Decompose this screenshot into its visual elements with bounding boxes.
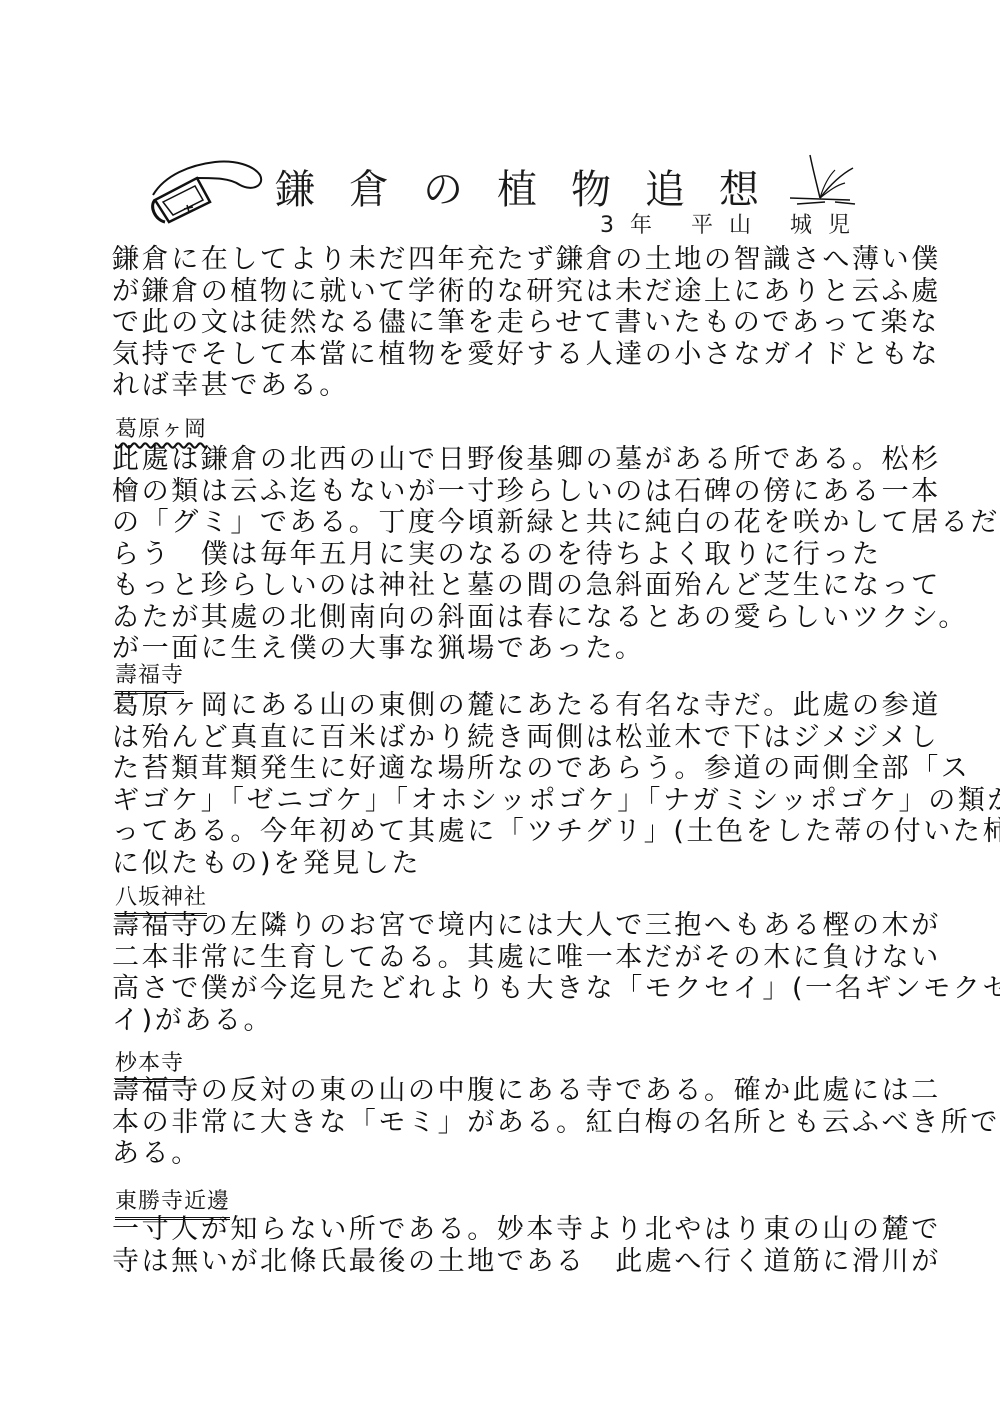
section-paragraph-toshoji: 一寸人が知らない所である。妙本寺より北やはり東の山の麓で 寺は無いが北條氏最後の… xyxy=(112,1214,892,1277)
text-line: に似たもの)を発見した xyxy=(112,848,892,880)
text-line: ってある。今年初めて其處に「ツチグリ」(土色をした蒂の付いた柿 xyxy=(112,816,892,848)
text-line: ある。 xyxy=(112,1138,892,1170)
section-paragraph-myohonji: 壽福寺の反対の東の山の中腹にある寺である。確か此處には二 本の非常に大きな「モミ… xyxy=(112,1075,892,1170)
text-line: 鎌倉に在してより未だ四年充たず鎌倉の土地の智識さへ薄い僕 xyxy=(112,244,892,276)
text-line: ギゴケ」「ゼニゴケ」「オホシッポゴケ」「ナガミシッポゴケ」の類が緑を装 xyxy=(112,785,892,817)
text-line: 二本非常に生育してゐる。其處に唯一本だがその木に負けない xyxy=(112,942,892,974)
text-line: もっと珍らしいのは神社と墓の間の急斜面殆んど芝生になって xyxy=(112,570,892,602)
bag-sketch-icon xyxy=(135,150,270,225)
text-line: れば幸甚である。 xyxy=(112,370,892,402)
text-line: 本の非常に大きな「モミ」がある。紅白梅の名所とも云ふべき所で xyxy=(112,1107,892,1139)
text-line: 壽福寺の左隣りのお宮で境内には大人で三抱へもある樫の木が xyxy=(112,910,892,942)
text-line: は殆んど真直に百米ばかり続き両側は松並木で下はジメジメし xyxy=(112,722,892,754)
text-line: 壽福寺の反対の東の山の中腹にある寺である。確か此處には二 xyxy=(112,1075,892,1107)
text-line: らう 僕は毎年五月に実のなるのを待ちよく取りに行った xyxy=(112,539,892,571)
document-page: 鎌倉の植物追想 3年 平山 城児 鎌倉に在してより未だ四年充たず鎌倉の土地の智識… xyxy=(0,0,1000,1412)
grass-sprout-icon xyxy=(775,150,865,210)
text-line: で此の文は徒然なる儘に筆を走らせて書いたものであって楽な xyxy=(112,307,892,339)
text-line: が鎌倉の植物に就いて学術的な研究は未だ途上にありと云ふ處 xyxy=(112,276,892,308)
section-paragraph-yasaka-jinja: 壽福寺の左隣りのお宮で境内には大人で三抱へもある樫の木が 二本非常に生育してゐる… xyxy=(112,910,892,1036)
section-heading-kuzuharagaoka: 葛原ヶ岡 xyxy=(115,412,207,445)
text-line: イ)がある。 xyxy=(112,1005,892,1037)
text-line: 此處は鎌倉の北西の山で日野俊基卿の墓がある所である。松杉 xyxy=(112,444,892,476)
text-line: 気持でそして本當に植物を愛好する人達の小さなガイドともな xyxy=(112,339,892,371)
text-line: 高さで僕が今迄見たどれよりも大きな「モクセイ」(一名ギンモクセ xyxy=(112,973,892,1005)
section-paragraph-kuzuharagaoka: 此處は鎌倉の北西の山で日野俊基卿の墓がある所である。松杉 檜の類は云ふ迄もないが… xyxy=(112,444,892,665)
author-line: 3年 平山 城児 xyxy=(600,208,866,239)
text-line: が一面に生え僕の大事な猟場であった。 xyxy=(112,633,892,665)
text-line: 葛原ヶ岡にある山の東側の麓にあたる有名な寺だ。此處の参道 xyxy=(112,690,892,722)
document-title: 鎌倉の植物追想 xyxy=(275,158,793,215)
text-line: 一寸人が知らない所である。妙本寺より北やはり東の山の麓で xyxy=(112,1214,892,1246)
intro-paragraph: 鎌倉に在してより未だ四年充たず鎌倉の土地の智識さへ薄い僕 が鎌倉の植物に就いて学… xyxy=(112,244,892,402)
text-line: ゐたが其處の北側南向の斜面は春になるとあの愛らしいツクシ。 xyxy=(112,602,892,634)
section-paragraph-jufukuji: 葛原ヶ岡にある山の東側の麓にあたる有名な寺だ。此處の参道 は殆んど真直に百米ばか… xyxy=(112,690,892,879)
text-line: 寺は無いが北條氏最後の土地である 此處へ行く道筋に滑川が xyxy=(112,1246,892,1278)
section-heading-jufukuji: 壽福寺 xyxy=(115,658,184,694)
text-line: 檜の類は云ふ迄もないが一寸珍らしいのは石碑の傍にある一本 xyxy=(112,476,892,508)
text-line: た苔類茸類発生に好適な場所なのであらう。参道の両側全部「ス xyxy=(112,753,892,785)
text-line: の「グミ」である。丁度今頃新緑と共に純白の花を咲かして居るだ xyxy=(112,507,892,539)
